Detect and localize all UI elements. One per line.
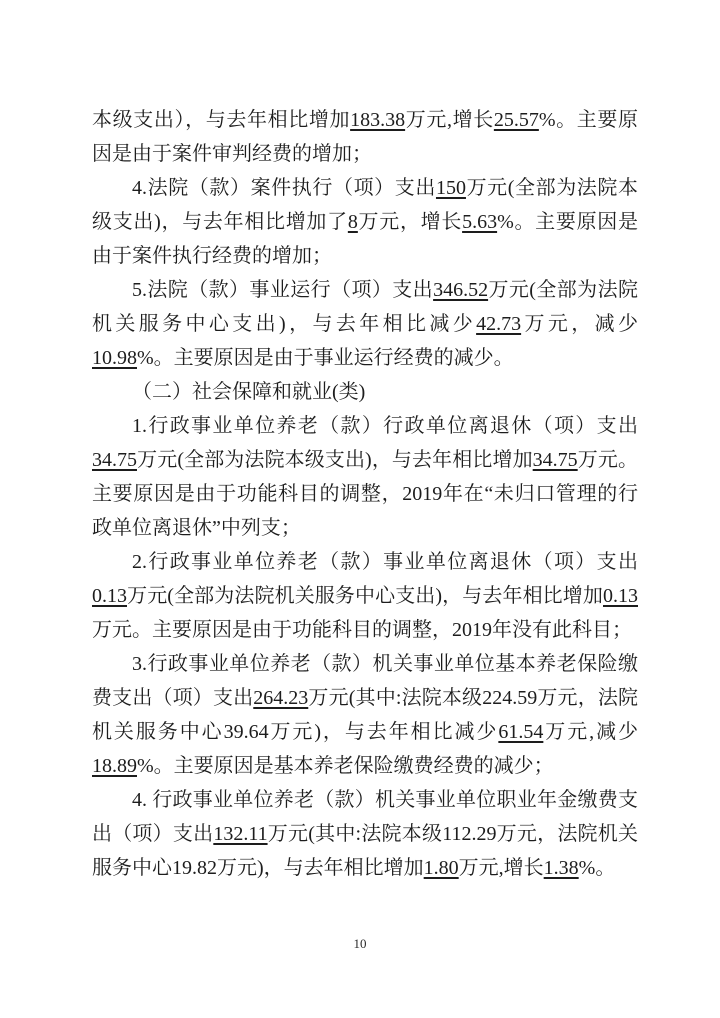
underlined-value: 346.52: [433, 279, 488, 301]
document-page: 本级支出），与去年相比增加183.38万元,增长25.57%。主要原因是由于案件…: [0, 0, 720, 1018]
underlined-value: 25.57: [494, 109, 539, 131]
text-run: 1.行政事业单位养老（款）行政单位离退休（项）支出: [132, 415, 638, 437]
para-item4-occupational-annuity: 4. 行政事业单位养老（款）机关事业单位职业年金缴费支出（项）支出132.11万…: [92, 783, 638, 885]
para-item1-admin-retirement: 1.行政事业单位养老（款）行政单位离退休（项）支出34.75万元(全部为法院本级…: [92, 409, 638, 545]
text-run: 万元,增长: [459, 857, 544, 879]
underlined-value: 264.23: [253, 687, 308, 709]
text-run: 万元(全部为法院本级支出)，与去年相比增加: [137, 449, 533, 471]
text-run: 万元(全部为法院机关服务中心支出)，与去年相比增加: [127, 585, 603, 607]
text-run: （二）社会保障和就业(类): [132, 381, 365, 403]
para-item3-basic-pension-contribution: 3.行政事业单位养老（款）机关事业单位基本养老保险缴费支出（项）支出264.23…: [92, 647, 638, 783]
underlined-value: 18.89: [92, 755, 137, 777]
document-body: 本级支出），与去年相比增加183.38万元,增长25.57%。主要原因是由于案件…: [92, 103, 638, 885]
text-run: %。: [579, 857, 616, 879]
underlined-value: 34.75: [533, 449, 578, 471]
underlined-value: 42.73: [476, 313, 521, 335]
para-item4-case-execution: 4.法院（款）案件执行（项）支出150万元(全部为法院本级支出)，与去年相比增加…: [92, 171, 638, 273]
underlined-value: 183.38: [350, 109, 405, 131]
text-run: %。主要原因是由于事业运行经费的减少。: [137, 347, 514, 369]
text-run: 4.法院（款）案件执行（项）支出: [132, 177, 436, 199]
underlined-value: 0.13: [92, 585, 127, 607]
underlined-value: 34.75: [92, 449, 137, 471]
text-run: 万元,减少: [543, 721, 638, 743]
underlined-value: 10.98: [92, 347, 137, 369]
text-run: 5.法院（款）事业运行（项）支出: [132, 279, 433, 301]
underlined-value: 61.54: [498, 721, 543, 743]
para-item2-institution-retirement: 2.行政事业单位养老（款）事业单位离退休（项）支出0.13万元(全部为法院机关服…: [92, 545, 638, 647]
text-run: 2.行政事业单位养老（款）事业单位离退休（项）支出: [132, 551, 638, 573]
underlined-value: 1.80: [424, 857, 459, 879]
text-run: 万元。主要原因是由于功能科目的调整，2019年没有此科目；: [92, 619, 632, 641]
underlined-value: 132.11: [213, 823, 267, 845]
text-run: %。主要原因是基本养老保险缴费经费的减少；: [137, 755, 554, 777]
para-item5-institution-operation: 5.法院（款）事业运行（项）支出346.52万元(全部为法院机关服务中心支出)，…: [92, 273, 638, 375]
text-run: 万元,增长: [405, 109, 494, 131]
para-continuation-case-trial: 本级支出），与去年相比增加183.38万元,增长25.57%。主要原因是由于案件…: [92, 103, 638, 171]
underlined-value: 5.63: [462, 211, 497, 233]
underlined-value: 0.13: [603, 585, 638, 607]
text-run: 万元，减少: [521, 313, 638, 335]
page-number: 10: [0, 936, 720, 952]
para-section2-heading-social-security: （二）社会保障和就业(类): [92, 375, 638, 409]
underlined-value: 8: [348, 211, 358, 233]
underlined-value: 1.38: [544, 857, 579, 879]
underlined-value: 150: [436, 177, 466, 199]
text-run: 万元，增长: [358, 211, 462, 233]
text-run: 本级支出），与去年相比增加: [92, 109, 350, 131]
